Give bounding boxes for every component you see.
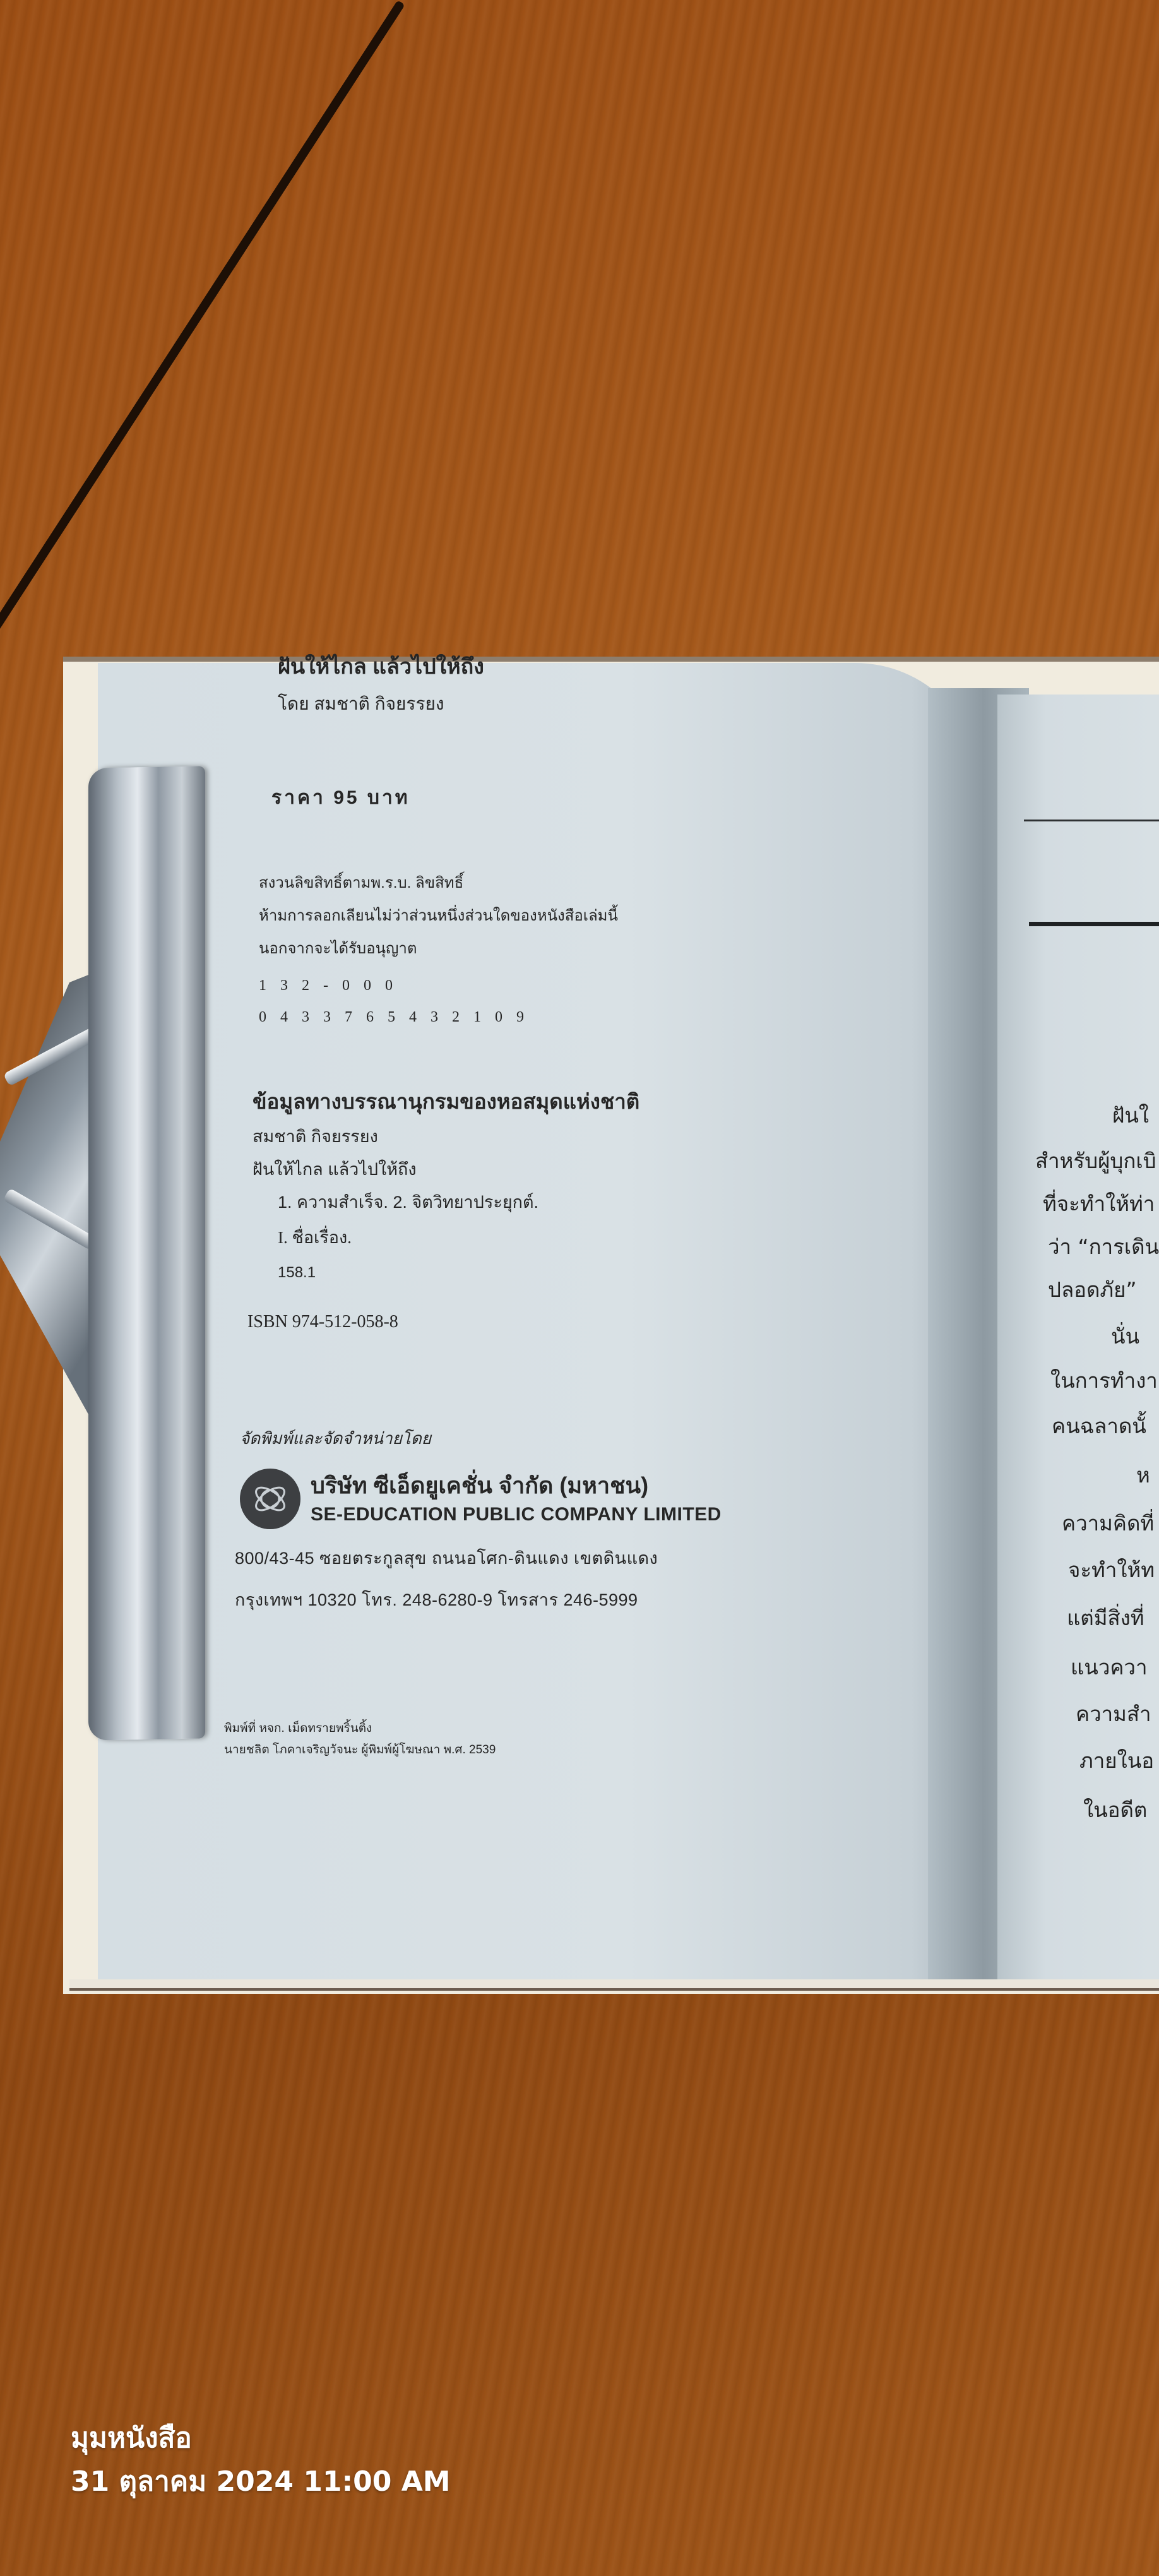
book-title: ฝันให้ไกล แล้วไปให้ถึง [278, 649, 484, 683]
publisher-address: 800/43-45 ซอยตระกูลสุข ถนนอโศก-ดินแดง เข… [235, 1544, 658, 1571]
cip-heading: ข้อมูลทางบรรณานุกรมของหอสมุดแห่งชาติ [253, 1085, 639, 1118]
publisher-name-english: SE-EDUCATION PUBLIC COMPANY LIMITED [311, 1504, 722, 1525]
right-page-text: คนฉลาดนั้ [1052, 1409, 1146, 1443]
isbn: ISBN 974-512-058-8 [247, 1312, 398, 1332]
cip-title: ฝันให้ไกล แล้วไปให้ถึง [253, 1155, 417, 1183]
right-page-text: ความสำ [1076, 1697, 1151, 1731]
right-page-text: ฝันใ [1112, 1099, 1149, 1132]
right-page-text: แนวควา [1071, 1650, 1148, 1684]
right-page-text: ที่จะทำให้ท่า [1043, 1187, 1155, 1220]
publisher-name-thai: บริษัท ซีเอ็ดยูเคชั่น จำกัด (มหาชน) [311, 1467, 648, 1503]
right-page-text: ปลอดภัย” [1048, 1273, 1137, 1306]
print-code: 132-000 [259, 977, 407, 994]
right-page-text: ในอดีต [1083, 1793, 1147, 1827]
right-page-text: นั่น [1111, 1320, 1139, 1353]
right-page-text: ภายในอ [1079, 1744, 1154, 1777]
se-education-logo-icon [240, 1469, 300, 1529]
atom-knot-icon [251, 1481, 290, 1517]
metal-clip [88, 766, 205, 1740]
cip-author: สมชาติ กิจยรรยง [253, 1123, 378, 1150]
copyright-line: ห้ามการลอกเลียนไม่ว่าส่วนหนึ่งส่วนใดของห… [259, 903, 618, 927]
right-page-rule [1029, 922, 1159, 926]
watermark-timestamp: 31 ตุลาคม 2024 11:00 AM [71, 2459, 451, 2503]
left-page [98, 663, 982, 1983]
watermark-label: มุมหนังสือ [71, 2416, 192, 2460]
right-page-rule [1024, 820, 1159, 821]
right-page-text: ความคิดที่ [1062, 1506, 1154, 1540]
publisher-label: จัดพิมพ์และจัดจำหน่ายโดย [240, 1426, 431, 1452]
author-line: โดย สมชาติ กิจยรรยง [278, 690, 444, 718]
right-page-text: ห [1136, 1458, 1150, 1492]
printer-line: พิมพ์ที่ หจก. เม็ดทรายพริ้นติ้ง [224, 1719, 372, 1738]
page-bottom-edge [69, 1979, 1159, 1991]
price: ราคา 95 บาท [271, 783, 410, 813]
cip-subjects: 1. ความสำเร็จ. 2. จิตวิทยาประยุกต์. [278, 1188, 538, 1215]
cip-added-entry: I. ชื่อเรื่อง. [278, 1224, 352, 1251]
printer-line: นายชลิต โภคาเจริญวัจนะ ผู้พิมพ์ผู้โฆษณา … [224, 1740, 496, 1759]
right-page-text: ในการทำงา [1050, 1364, 1158, 1397]
copyright-line: สงวนลิขสิทธิ์ตามพ.ร.บ. ลิขสิทธิ์ [259, 870, 463, 895]
right-page-text: ว่า “การเดิน [1048, 1230, 1159, 1263]
table-seam [0, 0, 405, 683]
copyright-line: นอกจากจะได้รับอนุญาต [259, 936, 417, 960]
right-page-text: แต่มีสิ่งที่ [1067, 1601, 1144, 1635]
right-page-text: จะทำให้ท [1068, 1553, 1155, 1587]
print-code: 0433765432109 [259, 1009, 538, 1026]
cip-classification: 158.1 [278, 1264, 316, 1282]
publisher-contact: กรุงเทพฯ 10320 โทร. 248-6280-9 โทรสาร 24… [235, 1586, 638, 1613]
right-page-text: สำหรับผู้บุกเบิ [1035, 1144, 1156, 1178]
